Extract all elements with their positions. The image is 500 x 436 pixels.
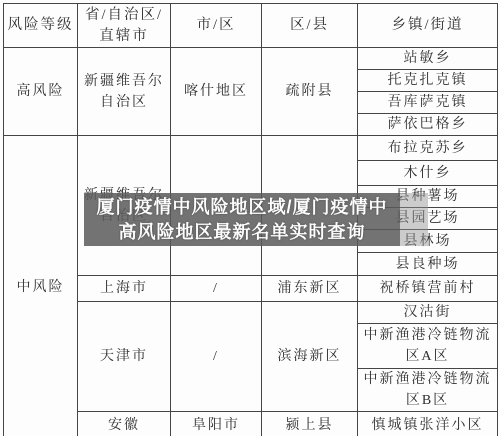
cell-anhui-county: 颍上县	[262, 412, 358, 436]
cell-tianjin-city: /	[171, 302, 262, 412]
header-row: 风险等级 省/自治区/直辖市 市/区 区/县 乡镇/街道	[4, 4, 498, 48]
cell-tianjin-town-1: 中新渔港冷链物流区A区	[358, 324, 498, 369]
header-province-line1: 省/自治区/	[85, 7, 163, 23]
header-province: 省/自治区/直辖市	[78, 4, 171, 48]
watermark-banner: 厦门疫情中风险地区域/厦门疫情中 高风险地区最新名单实时查询	[84, 193, 400, 246]
cell-tianjin-county: 滨海新区	[262, 302, 358, 412]
cell-high-town-2: 吾库萨克镇	[358, 92, 498, 114]
cell-shanghai-town-0: 祝桥镇营前村	[358, 276, 498, 302]
cell-high-risk-level: 高风险	[4, 48, 78, 136]
cell-high-town-1: 托克扎克镇	[358, 70, 498, 92]
watermark-line-1: 厦门疫情中风险地区域/厦门疫情中	[97, 195, 388, 220]
cell-anhui-city: 阜阳市	[171, 412, 262, 436]
header-risk-level: 风险等级	[4, 4, 78, 48]
cell-anhui-town-0: 慎城镇张洋小区	[358, 412, 498, 436]
table-row: 高风险 新疆维吾尔自治区 喀什地区 疏附县 站敏乡	[4, 48, 498, 70]
cell-tianjin-town-0: 汉沽街	[358, 302, 498, 324]
cell-high-town-0: 站敏乡	[358, 48, 498, 70]
cell-medium-xinjiang-town-0: 布拉克苏乡	[358, 136, 498, 161]
cell-medium-risk-level: 中风险	[4, 136, 78, 436]
cell-high-province: 新疆维吾尔自治区	[78, 48, 171, 136]
cell-shanghai-city: /	[171, 276, 262, 302]
cell-shanghai-province: 上海市	[78, 276, 171, 302]
table-row: 安徽 阜阳市 颍上县 慎城镇张洋小区	[4, 412, 498, 436]
cell-high-city: 喀什地区	[171, 48, 262, 136]
cell-tianjin-town-2: 中新渔港冷链物流区B区	[358, 369, 498, 412]
table-row: 天津市 / 滨海新区 汉沽街	[4, 302, 498, 324]
cell-high-county: 疏附县	[262, 48, 358, 136]
watermark-line-2: 高风险地区最新名单实时查询	[119, 220, 366, 245]
cell-high-town-3: 萨依巴格乡	[358, 114, 498, 136]
header-city: 市/区	[171, 4, 262, 48]
cell-medium-xinjiang-town-1: 木什乡	[358, 161, 498, 186]
header-county: 区/县	[262, 4, 358, 48]
cell-tianjin-province: 天津市	[78, 302, 171, 412]
cell-anhui-province: 安徽	[78, 412, 171, 436]
table-row: 上海市 / 浦东新区 祝桥镇营前村	[4, 276, 498, 302]
cell-medium-xinjiang-town-5: 县良种场	[358, 253, 498, 276]
header-province-line2: 直辖市	[99, 28, 149, 44]
header-township: 乡镇/街道	[358, 4, 498, 48]
table-row: 中风险 新疆维吾尔自治区 布拉克苏乡	[4, 136, 498, 161]
cell-shanghai-county: 浦东新区	[262, 276, 358, 302]
risk-area-table-screenshot: 风险等级 省/自治区/直辖市 市/区 区/县 乡镇/街道 高风险 新疆维吾尔自治…	[0, 0, 500, 436]
